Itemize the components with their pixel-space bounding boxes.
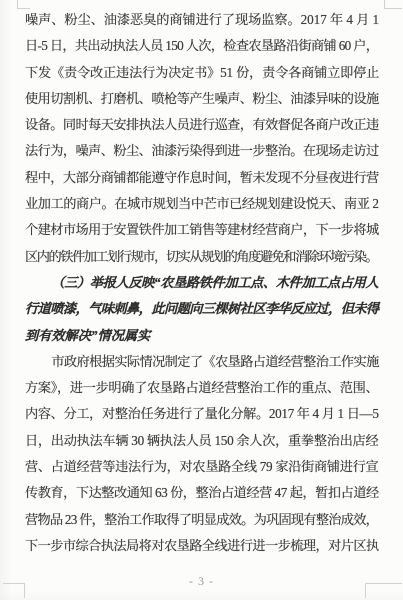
text-line: 市政府根据实际情况制定了《农垦路占道经营整治工作实施 <box>25 349 379 375</box>
corner-mark-top-right-icon <box>384 0 402 9</box>
text-line: 设备。同时每天安排执法人员进行巡查，有效督促各商户改正违 <box>25 112 379 138</box>
text-line: 营物品 23 件，整治工作取得了明显成效。为巩固现有整治成效， <box>25 507 379 533</box>
document-page: 噪声、粉尘、油漆恶臭的商铺进行了现场监察。2017 年 4 月 1日-5 日，共… <box>0 0 403 600</box>
text-line: 程中，大部分商铺都能遵守作息时间，暂未发现不分昼夜进行营 <box>25 165 379 191</box>
text-line: 到有效解决”情况属实 <box>25 323 379 349</box>
text-line: 下发《责令改正违法行为决定书》51 份，责令各商铺立即停止 <box>25 60 379 86</box>
text-line: 业加工的商户。在城市规划当中芒市已经规划建设悦天、南亚 2 <box>25 191 379 217</box>
text-line: 法行为，噪声、粉尘、油漆污染得到进一步整治。在现场走访过 <box>25 138 379 164</box>
text-line: （三）举报人反映“农垦路铁件加工点、木件加工点占用人 <box>25 270 379 296</box>
text-line: 营、占道经营等违法行为，对农垦路全线 79 家沿街商铺进行宣 <box>25 454 379 480</box>
text-line: 行道喷漆，气味刺鼻，此问题向三棵树社区李华反应过，但未得 <box>25 296 379 322</box>
text-line: 下一步市综合执法局将对农垦路全线进行进一步梳理，对片区执 <box>25 533 379 559</box>
text-line: 使用切割机、打磨机、喷枪等产生噪声、粉尘、油漆异味的设施 <box>25 86 379 112</box>
text-line: 区内的铁件加工划行规市，切实从规划的角度避免和消除环境污染。 <box>25 244 379 270</box>
page-number: - 3 - <box>0 574 403 589</box>
text-line: 方案》，进一步明确了农垦路占道经营整治工作的重点、范围、 <box>25 375 379 401</box>
text-line: 传教育，下达整改通知 63 份，整治占道经营 47 起，暂扣占道经 <box>25 480 379 506</box>
body-text: 噪声、粉尘、油漆恶臭的商铺进行了现场监察。2017 年 4 月 1日-5 日，共… <box>25 7 379 559</box>
text-line: 个建材市场用于安置铁件加工销售等建材经营商户，下一步将城 <box>25 217 379 243</box>
text-line: 日，出动执法车辆 30 辆执法人员 150 余人次，重拳整治出店经 <box>25 428 379 454</box>
text-line: 噪声、粉尘、油漆恶臭的商铺进行了现场监察。2017 年 4 月 1 <box>25 7 379 33</box>
text-line: 日-5 日，共出动执法人员 150 人次，检查农垦路沿街商铺 60 户， <box>25 33 379 59</box>
text-line: 内容、分工，对整治任务进行了量化分解。2017 年 4 月 1 日—5 <box>25 401 379 427</box>
